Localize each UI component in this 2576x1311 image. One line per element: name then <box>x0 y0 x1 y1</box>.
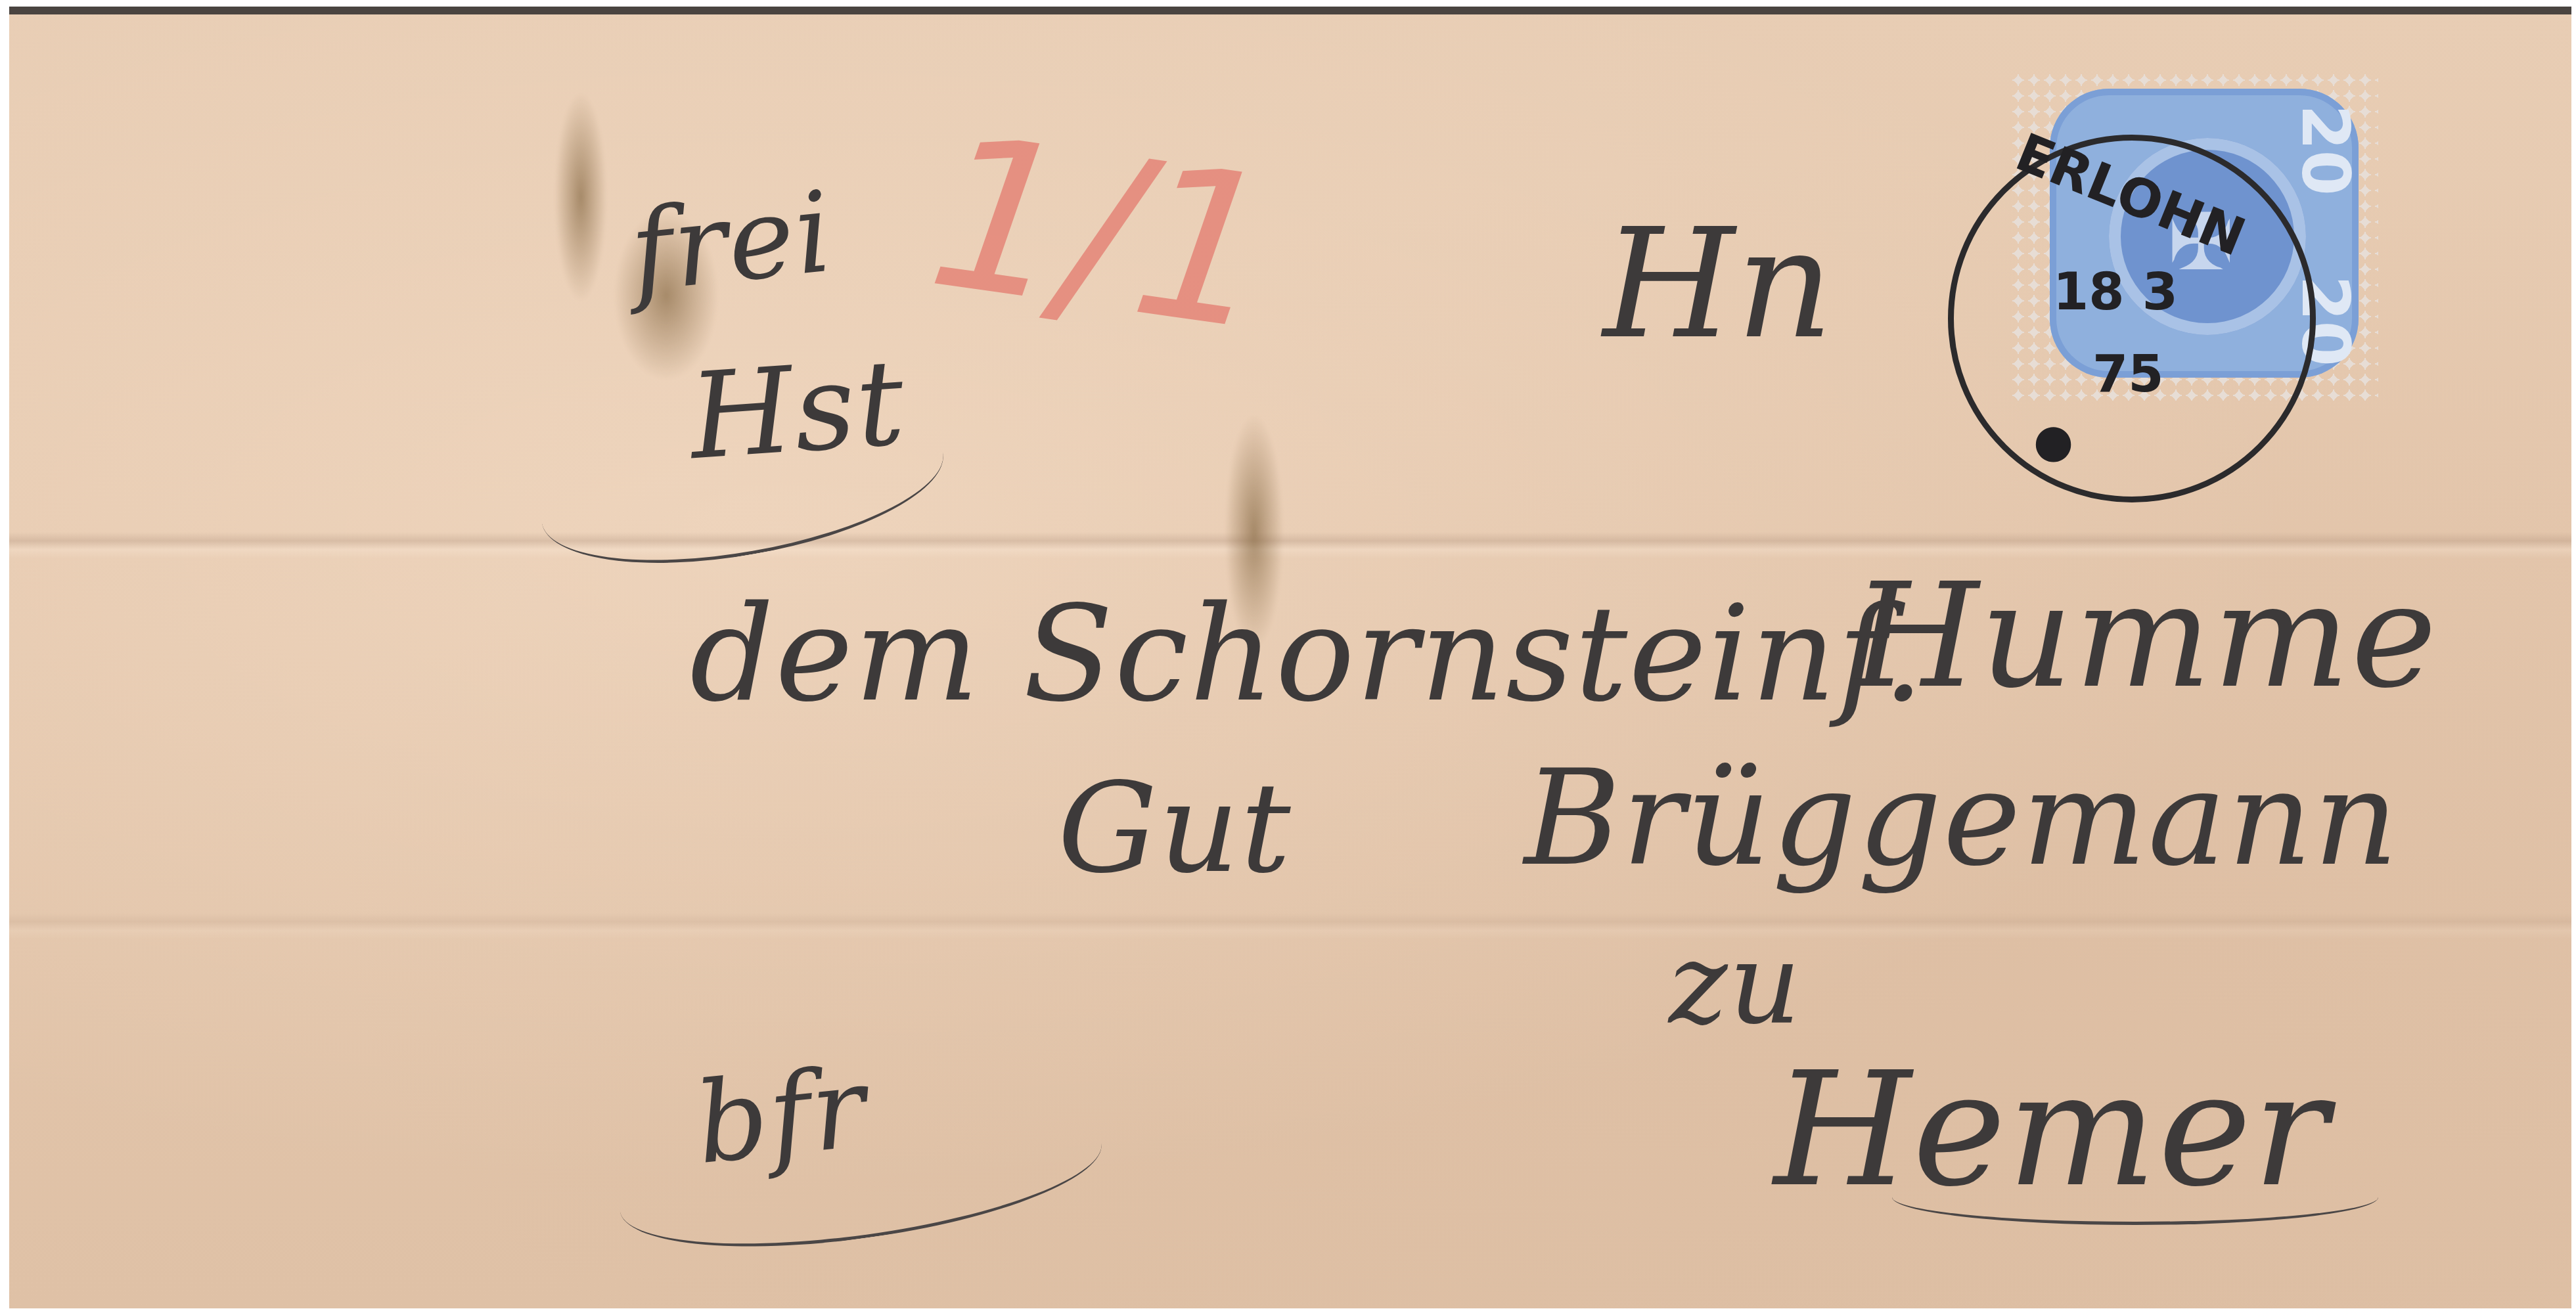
postmark-date: 18 3 <box>2053 263 2178 322</box>
stamp-value-top: 20 <box>2287 104 2364 196</box>
lower-fold-crease <box>9 913 2571 939</box>
frei-annotation: frei <box>624 167 838 317</box>
city-underline-flourish <box>1892 1169 2378 1225</box>
preposition-zu: zu <box>1669 920 1802 1050</box>
ink-stain <box>554 92 607 302</box>
addressee-name: Humme <box>1853 552 2438 720</box>
postmark-hour-marker: ● <box>2033 414 2073 468</box>
addressee-title: dem Schornsteinf. <box>690 578 1926 731</box>
postmark-year: 75 <box>2092 345 2164 404</box>
red-crayon-marking: 1/1 <box>918 89 1287 378</box>
estate-label: Gut <box>1058 755 1292 900</box>
salutation: Hn <box>1603 197 1835 372</box>
estate-name: Brüggemann <box>1524 742 2399 895</box>
